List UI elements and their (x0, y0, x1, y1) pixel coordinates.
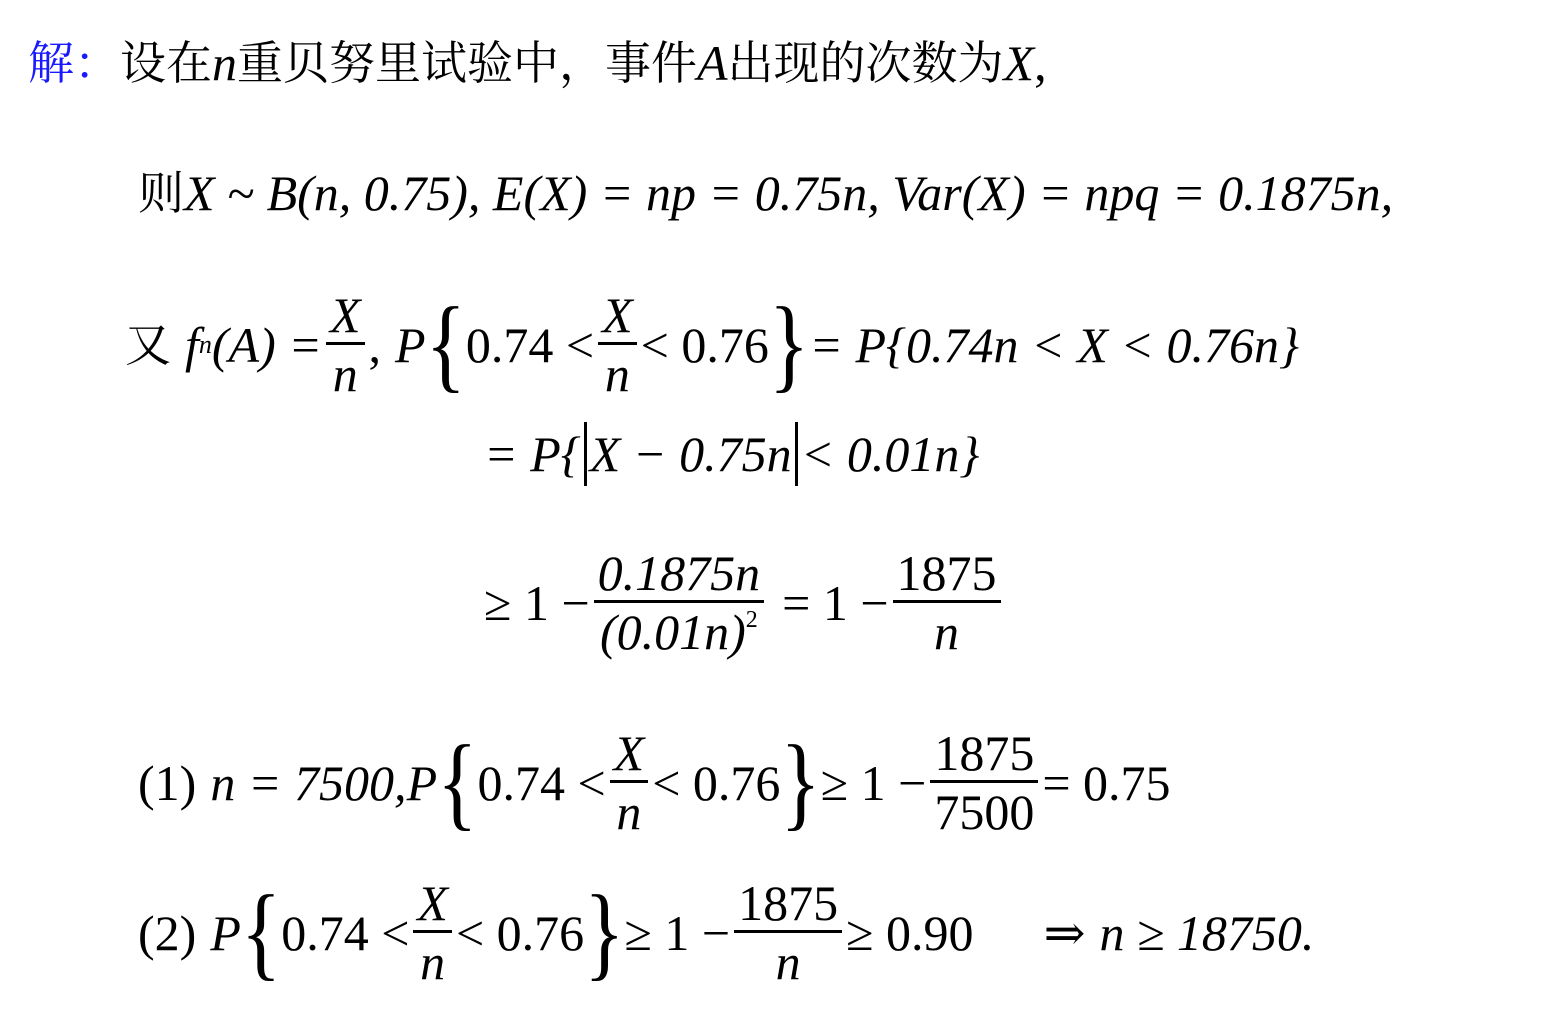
simplified-fraction: 1875 n (893, 548, 1001, 657)
intro-comma: , (1034, 38, 1047, 88)
prob-symbol: P (210, 908, 241, 958)
frac-num: X (610, 728, 649, 783)
lower-bound: 0.74 < (466, 320, 594, 370)
eq-one-minus: = 1 − (782, 578, 888, 628)
intro-text: 设在 (120, 40, 212, 86)
left-brace: { (241, 880, 281, 985)
left-brace: { (437, 730, 477, 835)
equivalent-event: = P{0.74n < X < 0.76n} (809, 320, 1299, 370)
abs-expression: X − 0.75n (590, 429, 792, 479)
fraction-x-over-n-2: X n (598, 290, 637, 399)
also-label: 又 (125, 322, 171, 368)
var-x: X (1004, 38, 1035, 88)
variance-fraction: 0.1875n (0.01n)2 (594, 548, 765, 657)
ge-one-minus: ≥ 1 − (821, 758, 927, 808)
frac-den: n (934, 603, 959, 657)
fraction-x-over-n: X n (610, 728, 649, 837)
intro-text-post: 出现的次数为 (728, 40, 1004, 86)
bound: ≥ 0.90 (846, 908, 973, 958)
frac-num: 1875 (734, 878, 842, 933)
abs-tail: < 0.01n} (801, 429, 980, 479)
abs-bar-right (795, 422, 798, 486)
prob-symbol: P (407, 758, 438, 808)
part-1-line: (1) n = 7500, P { 0.74 < X n < 0.76 } ≥ … (138, 728, 1171, 837)
intro-text-mid: 重贝努里试验中，事件 (237, 40, 697, 86)
left-brace: { (426, 292, 466, 397)
intro-line: 解： 设在 n 重贝努里试验中，事件 A 出现的次数为 X , (28, 38, 1047, 88)
abs-deviation-line: = P{ X − 0.75n < 0.01n} (484, 422, 979, 486)
condition: n = 7500, (210, 758, 406, 808)
lower-bound: 0.74 < (281, 908, 409, 958)
result: = 0.75 (1042, 758, 1170, 808)
frac-den: (0.01n)2 (600, 603, 758, 657)
prob-symbol: P (395, 320, 426, 370)
frequency-line: 又 fn (A) = X n , P { 0.74 < X n < 0.76 }… (125, 290, 1299, 399)
frac-den: n (333, 345, 358, 399)
frac-num: X (598, 290, 637, 345)
right-brace: } (584, 880, 624, 985)
freq-symbol: f (185, 320, 199, 370)
part-label: (2) (138, 908, 196, 958)
solution-label: 解： (28, 40, 120, 86)
right-brace: } (780, 730, 820, 835)
frac-den: 7500 (934, 783, 1034, 837)
numeric-fraction: 1875 7500 (930, 728, 1038, 837)
frac-den: n (776, 933, 801, 987)
lower-bound: 0.74 < (477, 758, 605, 808)
freq-subscript: n (199, 332, 212, 358)
fraction-x-over-n: X n (326, 290, 365, 399)
distribution-formula: X ~ B(n, 0.75), E(X) = np = 0.75n, Var(X… (184, 168, 1393, 218)
chebyshev-line: ≥ 1 − 0.1875n (0.01n)2 = 1 − 1875 n (484, 548, 1005, 657)
frac-num: X (326, 290, 365, 345)
ge-one-minus: ≥ 1 − (624, 908, 730, 958)
result: n ≥ 18750. (1099, 908, 1314, 958)
ge-one-minus: ≥ 1 − (484, 578, 590, 628)
part-2-line: (2) P { 0.74 < X n < 0.76 } ≥ 1 − 1875 n… (138, 878, 1314, 987)
upper-bound: < 0.76 (641, 320, 769, 370)
frac-num: X (413, 878, 452, 933)
eq-prob: = P{ (484, 429, 581, 479)
abs-bar-left (584, 422, 587, 486)
frac-num: 1875 (893, 548, 1001, 603)
var-n: n (212, 38, 237, 88)
var-a: A (697, 38, 728, 88)
implies-arrow: ⇒ (1044, 908, 1086, 958)
frac-num: 0.1875n (594, 548, 765, 603)
bound-fraction: 1875 n (734, 878, 842, 987)
then-label: 则 (138, 170, 184, 216)
right-brace: } (769, 292, 809, 397)
frac-den: n (420, 933, 445, 987)
fraction-x-over-n: X n (413, 878, 452, 987)
distribution-line: 则 X ~ B(n, 0.75), E(X) = np = 0.75n, Var… (138, 168, 1393, 218)
freq-arg: (A) = (212, 320, 322, 370)
part-label: (1) (138, 758, 196, 808)
frac-num: 1875 (930, 728, 1038, 783)
upper-bound: < 0.76 (456, 908, 584, 958)
comma: , (369, 320, 382, 370)
frac-den: n (605, 345, 630, 399)
frac-den: n (616, 783, 641, 837)
den-expr: (0.01n) (600, 604, 746, 660)
exponent: 2 (746, 607, 758, 633)
upper-bound: < 0.76 (652, 758, 780, 808)
